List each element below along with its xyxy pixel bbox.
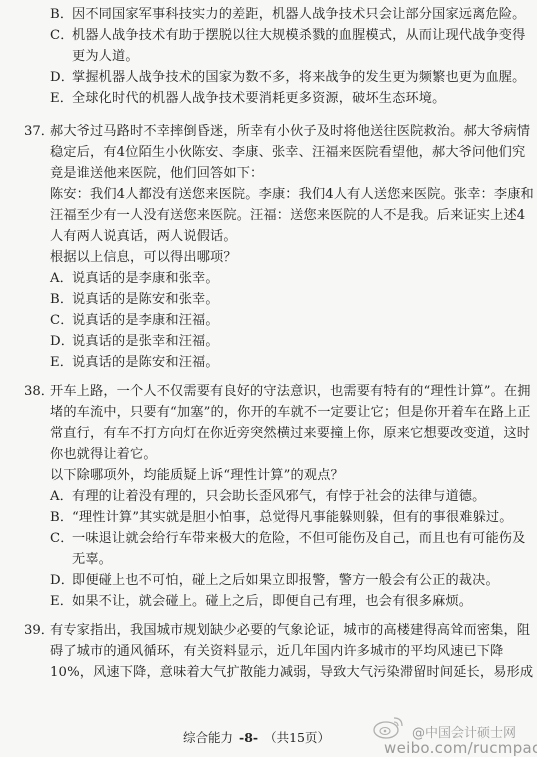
stem-line: 堵的车流中，只要有“加塞”的，你开的车就不一定要让它；但是你开着车在路上正 — [50, 405, 531, 421]
stem-line: 开车上路，一个人不仅需要有良好的守法意识，也需要有特有的“理性计算”。在拥 — [50, 384, 531, 400]
exam-page: B． 因不同国家军事科技实力的差距，机器人战争技术只会让部分国家远离危险。 C．… — [0, 0, 537, 757]
stem-line: 陈安：我们4人都没有送您来医院。李康：我们4人有人送您来医院。张幸：李康和 — [50, 187, 534, 203]
option-label: A． — [50, 489, 73, 505]
option-text-cont: 无辜。 — [72, 552, 112, 568]
option-label: C． — [50, 28, 74, 44]
option-text: 有理的让着没有理的，只会助长歪风邪气，有悖于社会的法律与道德。 — [72, 489, 485, 505]
stem-line: 10%，风速下降，意味着大气扩散能力减弱，导致大气污染滞留时间延长，易形成 — [50, 665, 533, 681]
question-prompt: 根据以上信息，可以得出哪项？ — [50, 250, 237, 266]
stem-line: 你也就得让着它。 — [50, 447, 157, 463]
option-text: 说真话的是陈安和张幸。 — [72, 292, 219, 308]
option-label: D． — [50, 70, 74, 86]
stem-line: 汪福至少有一人没有送您来医院。汪福：送您来医院的人不是我。后来证实上述4 — [50, 208, 525, 224]
stem-line: 碍了城市的通风循环，有关资料显示，近几年国内许多城市的平均风速已下降 — [50, 644, 503, 660]
option-label: E． — [50, 594, 73, 610]
page-total: （共15页） — [264, 730, 330, 745]
option-label: B． — [50, 7, 73, 23]
question-prompt: 以下除哪项外，均能质疑上诉“理性计算”的观点？ — [50, 468, 344, 484]
option-text: 如果不让，就会碰上。碰上之后，即便自己有理，也会有很多麻烦。 — [72, 594, 472, 610]
footer-subject: 综合能力 — [183, 730, 233, 745]
page-number: -8- — [239, 730, 258, 745]
option-text: 说真话的是陈安和汪福。 — [72, 355, 219, 371]
option-text: 说真话的是张幸和汪福。 — [72, 334, 219, 350]
option-text: 掌握机器人战争技术的国家为数不多，将来战争的发生更为频繁也更为血腥。 — [72, 70, 525, 86]
option-text: 即便碰上也不可怕，碰上之后如果立即报警，警方一般会有公正的裁决。 — [72, 573, 499, 589]
option-text-cont: 更为人道。 — [72, 49, 139, 65]
option-label: E． — [50, 91, 73, 107]
option-text: 说真话的是李康和汪福。 — [72, 313, 219, 329]
option-label: D． — [50, 334, 74, 350]
option-label: E． — [50, 355, 73, 371]
option-label: B． — [50, 292, 73, 308]
option-label: B． — [50, 510, 73, 526]
stem-line: 人有两人说真话，两人说假话。 — [50, 229, 237, 245]
option-label: A． — [50, 271, 73, 287]
option-text: 全球化时代的机器人战争技术要消耗更多资源，破坏生态环境。 — [72, 91, 445, 107]
option-text: “理性计算”其实就是胆小怕事，总觉得凡事能躲则躲，但有的事很难躲过。 — [72, 510, 513, 526]
stem-line: 稳定后，有4位陌生小伙陈安、李康、张幸、汪福来医院看望他，郝大爷问他们究 — [50, 145, 525, 161]
option-text: 因不同国家军事科技实力的差距，机器人战争技术只会让部分国家远离危险。 — [72, 7, 525, 23]
option-text: 机器人战争技术有助于摆脱以往大规模杀戮的血腥模式，从而让现代战争变得 — [72, 28, 525, 44]
option-label: D． — [50, 573, 74, 589]
stem-line: 常直行，有车不打方向灯在你近旁突然横过来要撞上你，原来它想要改变道，这时 — [50, 426, 530, 442]
option-label: C． — [50, 531, 74, 547]
weibo-logo-icon — [372, 714, 406, 740]
stem-line: 郝大爷过马路时不幸摔倒昏迷，所幸有小伙子及时将他送往医院救治。郝大爷病情 — [50, 124, 530, 140]
option-label: C． — [50, 313, 74, 329]
option-text: 一味退让就会给行车带来极大的危险，不但可能伤及自己，而且也有可能伤及 — [72, 531, 525, 547]
page-footer: 综合能力 -8- （共15页） — [183, 728, 330, 746]
weibo-watermark: @中国会计硕士网 weibo.com/rucmpacc — [372, 712, 537, 757]
watermark-url: weibo.com/rucmpacc — [384, 739, 537, 757]
stem-line: 竟是谁送他来医院，他们回答如下： — [50, 166, 263, 182]
stem-line: 有专家指出，我国城市规划缺少必要的气象论证，城市的高楼建得高耸而密集，阻 — [50, 623, 530, 639]
option-text: 说真话的是李康和张幸。 — [72, 271, 219, 287]
